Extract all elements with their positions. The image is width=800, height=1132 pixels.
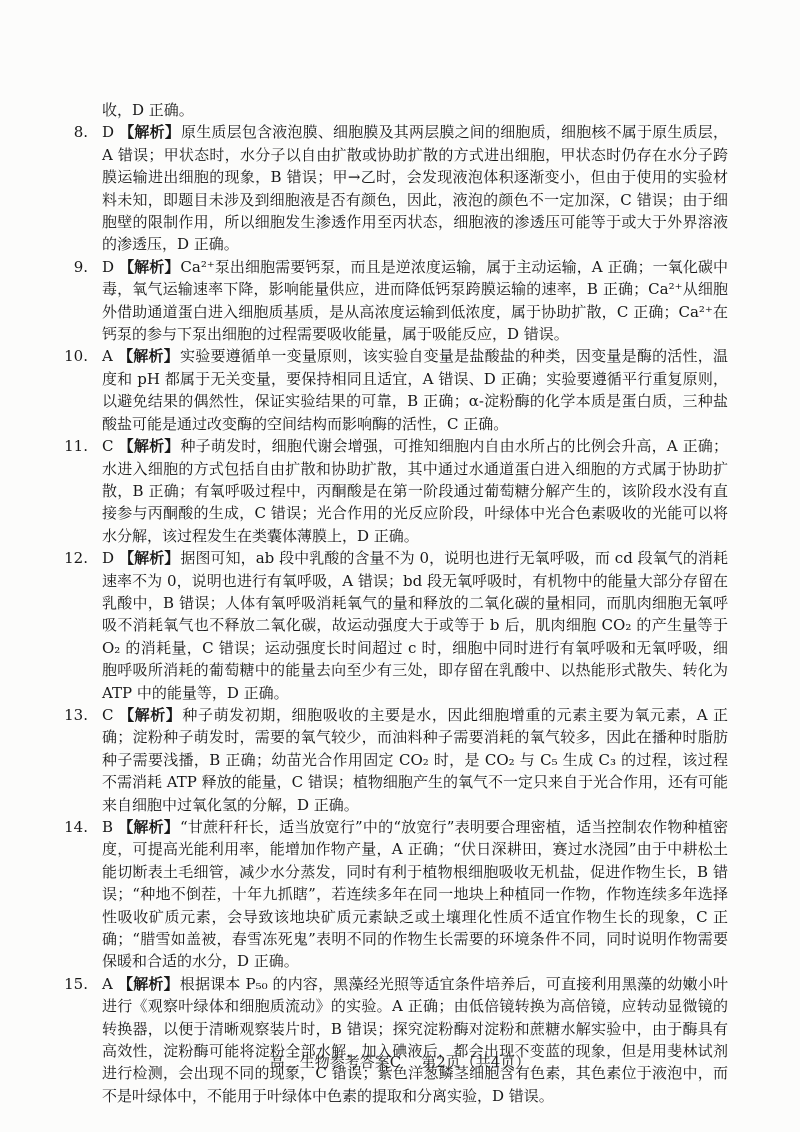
analysis-text: Ca²⁺泵出细胞需要钙泵，而且是逆浓度运输，属于主动运输，A 正确；一氧化碳中毒… (102, 258, 728, 343)
answer-letter: D (102, 258, 114, 276)
answer-key-page: 收，D 正确。 8. D【解析】原生质层包含液泡膜、细胞膜及其两层膜之间的细胞质… (0, 0, 800, 1132)
analysis-text: 根据课本 P₅₀ 的内容，黑藻经光照等适宜条件培养后，可直接利用黑藻的幼嫩小叶进… (102, 975, 728, 1105)
analysis-label: 【解析】 (119, 123, 180, 141)
item-number: 13. (62, 704, 88, 726)
item-number: 15. (62, 973, 88, 995)
item-number: 8. (62, 121, 88, 143)
item-number: 12. (62, 547, 88, 569)
analysis-label: 【解析】 (119, 258, 179, 276)
answer-letter: C (102, 437, 113, 455)
analysis-text: 原生质层包含液泡膜、细胞膜及其两层膜之间的细胞质，细胞核不属于原生质层，A 错误… (102, 123, 728, 253)
answer-item-14: 14. B【解析】“甘蔗秆秆长，适当放宽行”中的“放宽行”表明要合理密植，适当控… (62, 816, 728, 973)
item-number: 11. (62, 435, 88, 457)
answer-item-13: 13. C【解析】种子萌发初期，细胞吸收的主要是水，因此细胞增重的元素主要为氧元… (62, 704, 728, 816)
item-number: 9. (62, 256, 88, 278)
answer-letter: A (102, 975, 113, 993)
analysis-label: 【解析】 (118, 706, 181, 724)
item-analysis: A【解析】实验要遵循单一变量原则，该实验自变量是盐酸盐的种类，因变量是酶的活性，… (102, 345, 728, 435)
item-analysis: C【解析】种子萌发时，细胞代谢会增强，可推知细胞内自由水所占的比例会升高，A 正… (102, 435, 728, 547)
answer-letter: A (102, 347, 113, 365)
analysis-label: 【解析】 (118, 347, 179, 365)
page-footer: 高二生物参考答案C第2页（共4页） (0, 1052, 800, 1072)
item-analysis: A【解析】根据课本 P₅₀ 的内容，黑藻经光照等适宜条件培养后，可直接利用黑藻的… (102, 973, 728, 1107)
footer-page-info: 第2页（共4页） (421, 1053, 530, 1071)
answer-letter: C (102, 706, 113, 724)
answer-item-8: 8. D【解析】原生质层包含液泡膜、细胞膜及其两层膜之间的细胞质，细胞核不属于原… (62, 121, 728, 255)
answer-item-9: 9. D【解析】Ca²⁺泵出细胞需要钙泵，而且是逆浓度运输，属于主动运输，A 正… (62, 256, 728, 346)
analysis-text: 实验要遵循单一变量原则，该实验自变量是盐酸盐的种类，因变量是酶的活性，温度和 p… (102, 347, 728, 432)
footer-exam-title: 高二生物参考答案C (270, 1053, 401, 1071)
answer-item-11: 11. C【解析】种子萌发时，细胞代谢会增强，可推知细胞内自由水所占的比例会升高… (62, 435, 728, 547)
answers-content: 收，D 正确。 8. D【解析】原生质层包含液泡膜、细胞膜及其两层膜之间的细胞质… (62, 99, 728, 1107)
item-analysis: C【解析】种子萌发初期，细胞吸收的主要是水，因此细胞增重的元素主要为氧元素，A … (102, 704, 728, 816)
analysis-label: 【解析】 (118, 818, 179, 836)
answer-letter: D (102, 123, 114, 141)
analysis-label: 【解析】 (118, 437, 179, 455)
answer-letter: B (102, 818, 113, 836)
continuation-line: 收，D 正确。 (102, 99, 728, 121)
analysis-label: 【解析】 (118, 975, 179, 993)
item-analysis: D【解析】据图可知，ab 段中乳酸的含量不为 0，说明也进行无氧呼吸，而 cd … (102, 547, 728, 704)
item-number: 14. (62, 816, 88, 838)
analysis-text: “甘蔗秆秆长，适当放宽行”中的“放宽行”表明要合理密植，适当控制农作物种植密度，… (102, 818, 728, 970)
analysis-text: 种子萌发初期，细胞吸收的主要是水，因此细胞增重的元素主要为氧元素，A 正确；淀粉… (102, 706, 728, 814)
answer-item-10: 10. A【解析】实验要遵循单一变量原则，该实验自变量是盐酸盐的种类，因变量是酶… (62, 345, 728, 435)
answer-item-15: 15. A【解析】根据课本 P₅₀ 的内容，黑藻经光照等适宜条件培养后，可直接利… (62, 973, 728, 1107)
answer-letter: D (102, 549, 114, 567)
item-analysis: D【解析】原生质层包含液泡膜、细胞膜及其两层膜之间的细胞质，细胞核不属于原生质层… (102, 121, 728, 255)
item-analysis: D【解析】Ca²⁺泵出细胞需要钙泵，而且是逆浓度运输，属于主动运输，A 正确；一… (102, 256, 728, 346)
item-number: 10. (62, 345, 88, 367)
analysis-text: 据图可知，ab 段中乳酸的含量不为 0，说明也进行无氧呼吸，而 cd 段氧气的消… (102, 549, 728, 701)
analysis-text: 种子萌发时，细胞代谢会增强，可推知细胞内自由水所占的比例会升高，A 正确；水进入… (102, 437, 728, 545)
item-analysis: B【解析】“甘蔗秆秆长，适当放宽行”中的“放宽行”表明要合理密植，适当控制农作物… (102, 816, 728, 973)
answer-item-12: 12. D【解析】据图可知，ab 段中乳酸的含量不为 0，说明也进行无氧呼吸，而… (62, 547, 728, 704)
analysis-label: 【解析】 (119, 549, 179, 567)
